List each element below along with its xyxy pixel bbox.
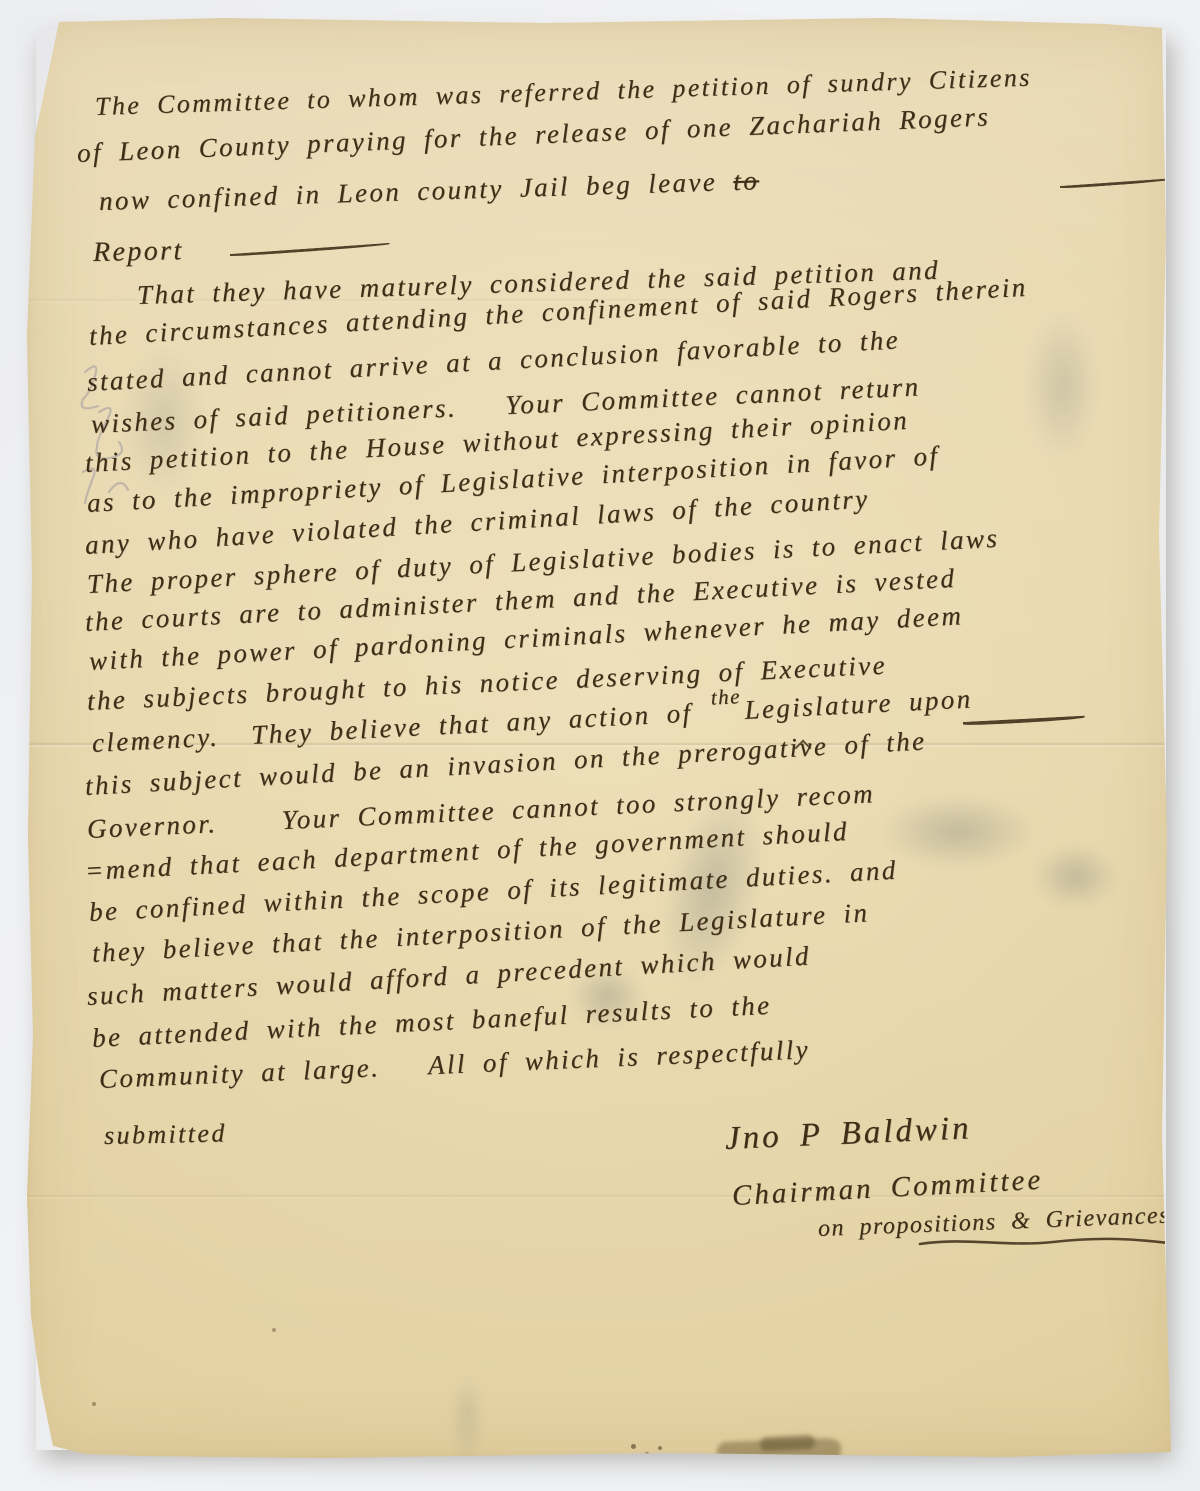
inserted-word: the: [710, 684, 741, 709]
pen-stroke: [1060, 178, 1172, 189]
handwritten-line: Report: [93, 234, 184, 270]
stain: [1025, 311, 1100, 461]
line-text: now confined in Leon county Jail beg lea…: [99, 166, 734, 216]
handwritten-line: submitted: [104, 1116, 227, 1153]
struck-word: to: [733, 165, 760, 196]
ink-stain: [717, 1438, 842, 1467]
handwritten-line: now confined in Leon county Jail beg lea…: [98, 163, 759, 218]
flourish-dash: [230, 243, 390, 257]
signature: Jno P Baldwin: [724, 1111, 972, 1156]
ink-speck: [631, 1444, 636, 1449]
ink-speck: [92, 1402, 96, 1406]
ink-speck: [658, 1446, 662, 1450]
stain: [880, 794, 1035, 869]
ink-speck: [272, 1328, 276, 1332]
pen-stroke: [963, 716, 1085, 726]
ink-stain: [760, 1435, 816, 1452]
document-page: The Committee to whom was referred the p…: [25, 16, 1177, 1460]
stain: [1033, 844, 1118, 909]
line-text: Legislature upon: [744, 683, 973, 725]
stain: [450, 1371, 484, 1466]
ink-speck: [645, 1452, 649, 1456]
